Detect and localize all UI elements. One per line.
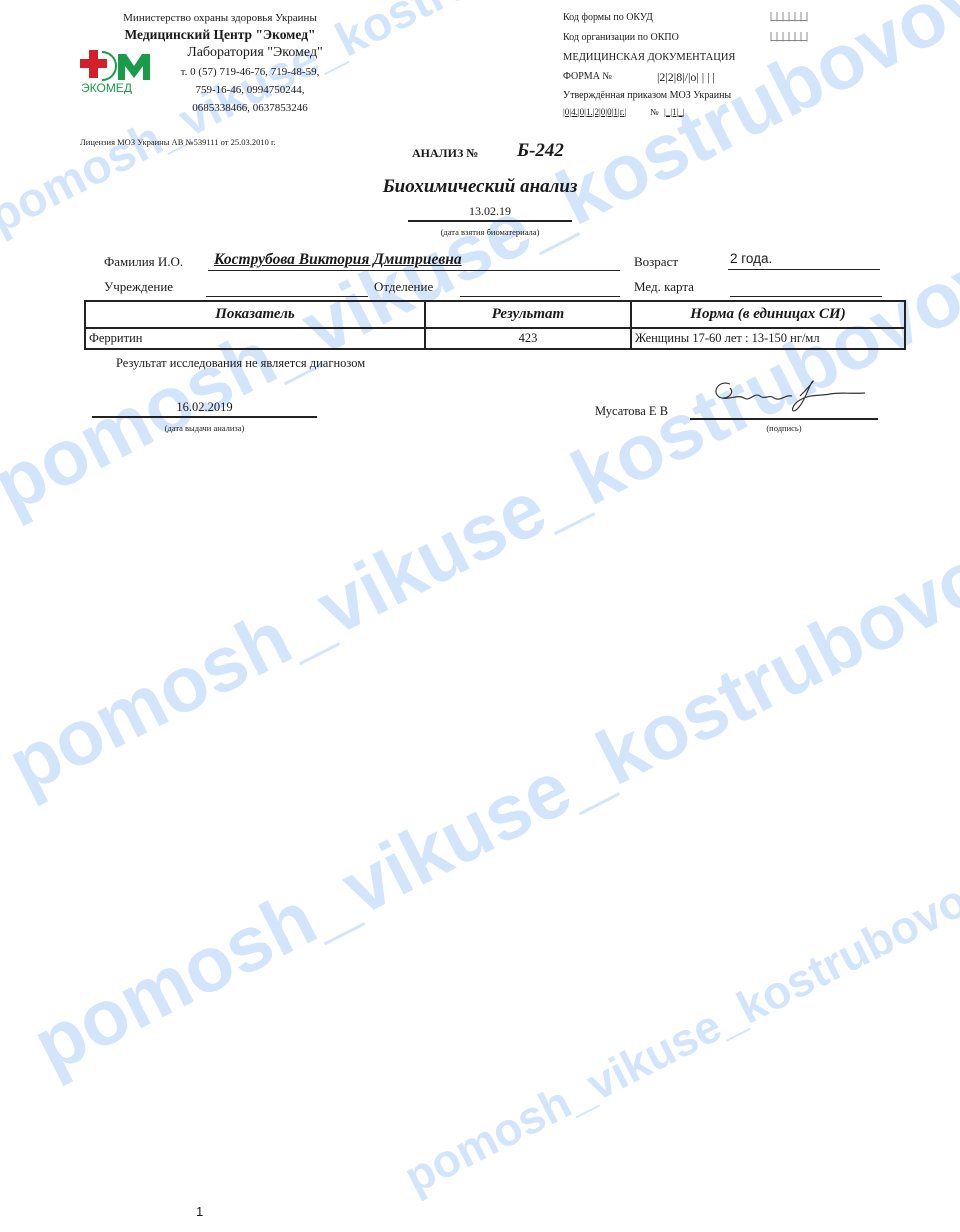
department-field [460, 278, 620, 297]
issue-date-caption: (дата выдачи анализа) [92, 423, 317, 433]
page-number: 1 [196, 1204, 203, 1219]
table-header-row: Показатель Результат Норма (в единицах С… [85, 301, 905, 328]
patient-name-field: Кострубова Виктория Дмитриевна [208, 252, 620, 271]
lab-name: Лаборатория "Экомед" [175, 45, 335, 61]
ekomed-logo-icon: ЭКОМЕД [80, 50, 156, 94]
approved-label: Утверждённая приказом МОЗ Украины [563, 90, 731, 101]
phone-line-3: 0685338466, 0637853246 [165, 102, 335, 114]
approved-date: |0|4.|0|1.|2|0|0|1|г.| [563, 107, 626, 117]
sample-date: 13.02.19 [408, 204, 572, 222]
phone-line-1: т. 0 (57) 719-46-76, 719-48-59, [165, 66, 335, 78]
header-norm: Норма (в единицах СИ) [631, 301, 905, 328]
issue-date: 16.02.2019 [92, 400, 317, 418]
doctor-name: Мусатова Е В [595, 404, 668, 419]
age-field: 2 года. [728, 251, 880, 270]
header-indicator: Показатель [85, 301, 425, 328]
doc-type: МЕДИЦИНСКАЯ ДОКУМЕНТАЦИЯ [563, 52, 735, 63]
age-label: Возраст [634, 254, 678, 270]
approved-no: |_|1|_| [664, 107, 685, 117]
form-label: ФОРМА № [563, 71, 612, 82]
okpo-boxes: |_|_|_|_|_|_| [770, 31, 808, 42]
med-card-field [730, 278, 882, 297]
analysis-number: Б-242 [517, 140, 564, 162]
signature-caption: (подпись) [690, 423, 878, 433]
phone-line-2: 759-16-46, 0994750244, [165, 84, 335, 96]
cell-norm: Женщины 17-60 лет : 13-150 нг/мл [631, 328, 905, 349]
med-card-label: Мед. карта [634, 279, 694, 295]
signature-line [690, 418, 878, 420]
approved-no-label: № [650, 107, 659, 117]
ministry-name: Министерство охраны здоровья Украины [100, 12, 340, 24]
table-row: Ферритин 423 Женщины 17-60 лет : 13-150 … [85, 328, 905, 349]
document-title: Биохимический анализ [330, 176, 630, 198]
okpo-label: Код организации по ОКПО [563, 32, 679, 43]
institution-label: Учреждение [104, 279, 173, 295]
watermark-text: pomosh_vikuse_kostrubovoy [395, 861, 960, 1204]
cell-indicator: Ферритин [85, 328, 425, 349]
patient-name-label: Фамилия И.О. [104, 254, 183, 270]
svg-text:ЭКОМЕД: ЭКОМЕД [81, 81, 132, 94]
medical-center-name: Медицинский Центр "Экомед" [100, 27, 340, 43]
signature-icon [700, 376, 870, 416]
cell-result: 423 [425, 328, 631, 349]
watermark-text: pomosh_vikuse_kostrubovoy [19, 510, 960, 1091]
okud-boxes: |_|_|_|_|_|_| [770, 11, 808, 22]
okud-label: Код формы по ОКУД [563, 12, 653, 23]
header-result: Результат [425, 301, 631, 328]
institution-field [206, 278, 368, 297]
analysis-label: АНАЛИЗ № [412, 146, 478, 161]
disclaimer: Результат исследования не является диагн… [116, 356, 365, 371]
license-text: Лицензия МОЗ Украины АВ №539111 от 25.03… [80, 137, 276, 147]
sample-date-caption: (дата взятия биоматериала) [408, 227, 572, 237]
form-number: |2|2|8|/|о| | | | [657, 70, 715, 85]
results-table: Показатель Результат Норма (в единицах С… [84, 300, 906, 350]
age-value: 2 года. [730, 251, 772, 266]
department-label: Отделение [374, 279, 433, 295]
patient-name: Кострубова Виктория Дмитриевна [214, 251, 462, 269]
